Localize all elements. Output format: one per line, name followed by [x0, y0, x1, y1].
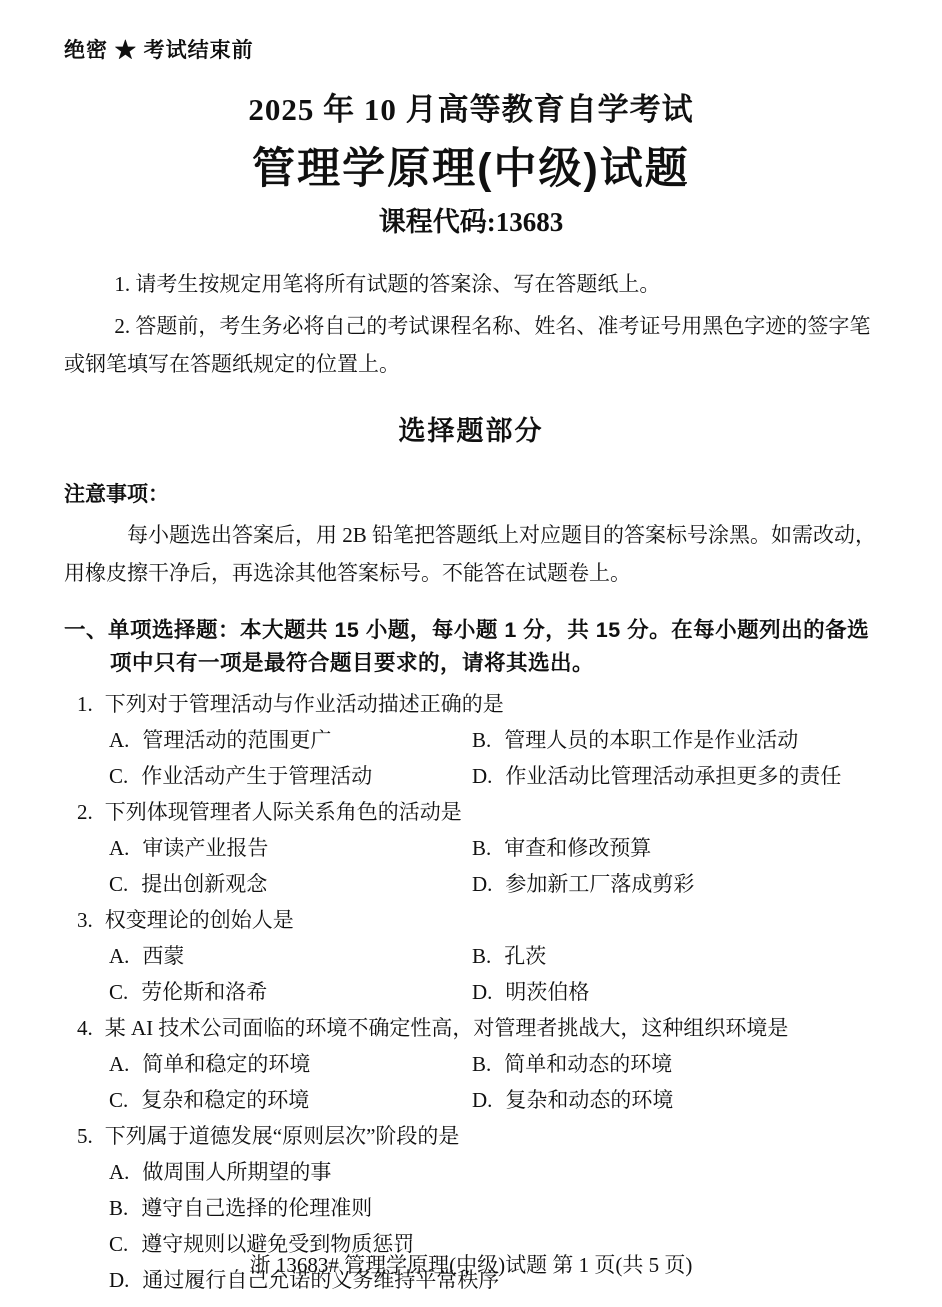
question-stem-text: 下列属于道德发展“原则层次”阶段的是 [105, 1124, 460, 1148]
question-number: 3. [77, 908, 93, 932]
option-a: A.做周围人所期望的事 [64, 1154, 878, 1190]
paper-title: 管理学原理(中级)试题 [64, 135, 878, 196]
question-number: 1. [77, 692, 93, 716]
option-c: C.作业活动产生于管理活动 [109, 758, 472, 794]
option-d: D.复杂和动态的环境 [472, 1082, 878, 1118]
option-text: 提出创新观念 [141, 872, 267, 896]
option-a: A.管理活动的范围更广 [109, 722, 472, 758]
option-label: C. [109, 872, 128, 896]
options-row: A.西蒙 B.孔茨 [64, 938, 878, 974]
option-label: B. [472, 836, 491, 860]
question-stem: 1.下列对于管理活动与作业活动描述正确的是 [64, 686, 878, 722]
notice-heading: 注意事项： [64, 478, 878, 508]
notice-body: 每小题选出答案后，用 2B 铅笔把答题纸上对应题目的答案标号涂黑。如需改动，用橡… [64, 516, 878, 592]
section-title-choice-part: 选择题部分 [64, 409, 878, 448]
option-a: A.审读产业报告 [109, 830, 472, 866]
option-text: 作业活动比管理活动承担更多的责任 [505, 764, 841, 788]
option-text: 孔茨 [504, 944, 546, 968]
options-row: A.管理活动的范围更广 B.管理人员的本职工作是作业活动 [64, 722, 878, 758]
option-label: A. [109, 944, 129, 968]
option-label: A. [109, 1160, 129, 1184]
option-b: B.孔茨 [472, 938, 878, 974]
exam-paper-page: 绝密 ★ 考试结束前 2025 年 10 月高等教育自学考试 管理学原理(中级)… [0, 0, 942, 1307]
option-label: B. [472, 1052, 491, 1076]
page-footer: 浙 13683# 管理学原理(中级)试题 第 1 页(共 5 页) [0, 1249, 942, 1279]
general-note-1: 1. 请考生按规定用笔将所有试题的答案涂、写在答题纸上。 [64, 265, 878, 303]
option-text: 管理活动的范围更广 [142, 728, 331, 752]
options-row: A.简单和稳定的环境 B.简单和动态的环境 [64, 1046, 878, 1082]
options-row: C.复杂和稳定的环境 D.复杂和动态的环境 [64, 1082, 878, 1118]
option-text: 复杂和稳定的环境 [141, 1088, 309, 1112]
option-text: 管理人员的本职工作是作业活动 [504, 728, 798, 752]
option-b: B.遵守自己选择的伦理准则 [64, 1190, 878, 1226]
option-text: 审读产业报告 [142, 836, 268, 860]
exam-session-title: 2025 年 10 月高等教育自学考试 [64, 84, 878, 129]
question-4: 4.某 AI 技术公司面临的环境不确定性高，对管理者挑战大，这种组织环境是 A.… [64, 1010, 878, 1118]
option-text: 作业活动产生于管理活动 [141, 764, 372, 788]
option-label: A. [109, 836, 129, 860]
option-d: D.明茨伯格 [472, 974, 878, 1010]
option-text: 做周围人所期望的事 [142, 1160, 331, 1184]
option-b: B.审查和修改预算 [472, 830, 878, 866]
option-text: 明茨伯格 [505, 980, 589, 1004]
option-label: D. [472, 1088, 492, 1112]
question-stem: 5.下列属于道德发展“原则层次”阶段的是 [64, 1118, 878, 1154]
option-text: 简单和稳定的环境 [142, 1052, 310, 1076]
option-label: D. [472, 872, 492, 896]
options-row: C.劳伦斯和洛希 D.明茨伯格 [64, 974, 878, 1010]
question-stem-text: 权变理论的创始人是 [105, 908, 294, 932]
question-list: 1.下列对于管理活动与作业活动描述正确的是 A.管理活动的范围更广 B.管理人员… [64, 686, 878, 1298]
option-label: C. [109, 764, 128, 788]
option-d: D.参加新工厂落成剪彩 [472, 866, 878, 902]
options-row: A.审读产业报告 B.审查和修改预算 [64, 830, 878, 866]
option-label: B. [472, 944, 491, 968]
option-text: 劳伦斯和洛希 [141, 980, 267, 1004]
option-text: 遵守自己选择的伦理准则 [141, 1196, 372, 1220]
option-text: 复杂和动态的环境 [505, 1088, 673, 1112]
option-label: A. [109, 1052, 129, 1076]
option-label: A. [109, 728, 129, 752]
question-1: 1.下列对于管理活动与作业活动描述正确的是 A.管理活动的范围更广 B.管理人员… [64, 686, 878, 794]
general-notes: 1. 请考生按规定用笔将所有试题的答案涂、写在答题纸上。 2. 答题前，考生务必… [64, 265, 878, 383]
option-text: 参加新工厂落成剪彩 [505, 872, 694, 896]
option-b: B.简单和动态的环境 [472, 1046, 878, 1082]
question-number: 5. [77, 1124, 93, 1148]
option-text: 审查和修改预算 [504, 836, 651, 860]
option-c: C.提出创新观念 [109, 866, 472, 902]
option-b: B.管理人员的本职工作是作业活动 [472, 722, 878, 758]
question-stem-text: 某 AI 技术公司面临的环境不确定性高，对管理者挑战大，这种组织环境是 [105, 1016, 789, 1040]
options-row: C.提出创新观念 D.参加新工厂落成剪彩 [64, 866, 878, 902]
option-text: 西蒙 [142, 944, 184, 968]
part-one-heading: 一、单项选择题：本大题共 15 小题，每小题 1 分，共 15 分。在每小题列出… [64, 614, 878, 680]
option-label: C. [109, 1088, 128, 1112]
option-label: D. [472, 764, 492, 788]
option-label: D. [472, 980, 492, 1004]
question-number: 4. [77, 1016, 93, 1040]
option-text: 简单和动态的环境 [504, 1052, 672, 1076]
option-label: C. [109, 980, 128, 1004]
classification-banner: 绝密 ★ 考试结束前 [64, 34, 878, 64]
option-d: D.作业活动比管理活动承担更多的责任 [472, 758, 878, 794]
option-a: A.简单和稳定的环境 [109, 1046, 472, 1082]
option-label: B. [109, 1196, 128, 1220]
general-note-2: 2. 答题前，考生务必将自己的考试课程名称、姓名、准考证号用黑色字迹的签字笔或钢… [64, 307, 878, 383]
question-stem-text: 下列对于管理活动与作业活动描述正确的是 [105, 692, 504, 716]
question-stem: 2.下列体现管理者人际关系角色的活动是 [64, 794, 878, 830]
question-stem: 4.某 AI 技术公司面临的环境不确定性高，对管理者挑战大，这种组织环境是 [64, 1010, 878, 1046]
option-c: C.劳伦斯和洛希 [109, 974, 472, 1010]
option-a: A.西蒙 [109, 938, 472, 974]
option-c: C.复杂和稳定的环境 [109, 1082, 472, 1118]
question-number: 2. [77, 800, 93, 824]
course-code: 课程代码:13683 [64, 200, 878, 239]
options-row: C.作业活动产生于管理活动 D.作业活动比管理活动承担更多的责任 [64, 758, 878, 794]
question-stem-text: 下列体现管理者人际关系角色的活动是 [105, 800, 462, 824]
question-2: 2.下列体现管理者人际关系角色的活动是 A.审读产业报告 B.审查和修改预算 C… [64, 794, 878, 902]
option-label: B. [472, 728, 491, 752]
question-3: 3.权变理论的创始人是 A.西蒙 B.孔茨 C.劳伦斯和洛希 D.明茨伯格 [64, 902, 878, 1010]
question-stem: 3.权变理论的创始人是 [64, 902, 878, 938]
